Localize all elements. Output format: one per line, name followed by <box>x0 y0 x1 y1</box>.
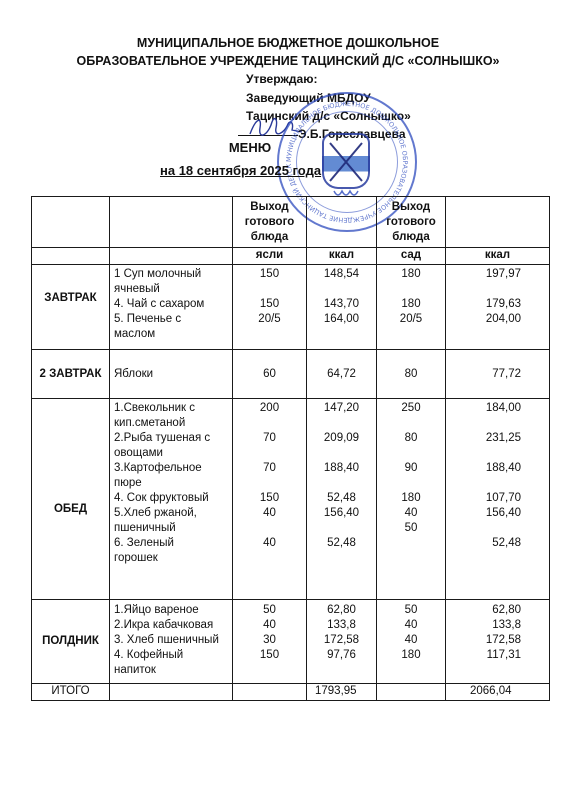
header-empty-dish <box>110 197 233 248</box>
garden-kcal: 77,72 <box>446 350 550 399</box>
value-line: 50 <box>381 521 441 536</box>
value-line: 77,72 <box>450 367 521 382</box>
dish-line: 5.Хлеб ржаной, <box>114 506 228 521</box>
dish-line: 5. Печенье с <box>114 312 228 327</box>
dish-line: 2.Рыба тушеная с <box>114 431 228 446</box>
value-line: 50 <box>381 603 441 618</box>
dish-line: 4. Кофейный <box>114 648 228 663</box>
value-line <box>237 663 302 678</box>
garden-kcal: 197,97179,63204,00 <box>446 265 550 350</box>
value-line: 62,80 <box>311 603 372 618</box>
value-line <box>381 663 441 678</box>
total-row: ИТОГО1793,952066,04 <box>32 684 550 701</box>
value-line: 60 <box>237 367 302 382</box>
value-line: 231,25 <box>450 431 521 446</box>
value-line <box>450 282 521 297</box>
value-line: 143,70 <box>311 297 372 312</box>
value-line <box>450 446 521 461</box>
meal-name: ОБЕД <box>32 399 110 600</box>
dish-line: Яблоки <box>114 367 228 382</box>
nursery-yield: 60 <box>233 350 307 399</box>
nursery-yield: 15015020/5 <box>233 265 307 350</box>
meal-row: ОБЕД1.Свекольник скип.сметаной2.Рыба туш… <box>32 399 550 600</box>
value-line <box>381 476 441 491</box>
value-line: 40 <box>237 536 302 551</box>
garden-yield: 25080901804050 <box>377 399 446 600</box>
value-line: 150 <box>237 297 302 312</box>
value-line: 80 <box>381 431 441 446</box>
value-line <box>381 282 441 297</box>
unit-nursery: ясли <box>233 248 307 265</box>
unit-empty-dish <box>110 248 233 265</box>
page-title: МЕНЮ <box>0 140 500 155</box>
value-line: 20/5 <box>381 312 441 327</box>
value-line <box>381 536 441 551</box>
value-line: 148,54 <box>311 267 372 282</box>
value-line: 40 <box>237 618 302 633</box>
value-line: 147,20 <box>311 401 372 416</box>
value-line: 150 <box>237 491 302 506</box>
value-line: 40 <box>381 633 441 648</box>
value-line <box>311 476 372 491</box>
value-line: 204,00 <box>450 312 521 327</box>
value-line <box>450 521 521 536</box>
value-line <box>450 327 521 342</box>
unit-garden: сад <box>377 248 446 265</box>
value-line <box>237 521 302 536</box>
nursery-kcal: 147,20209,09188,4052,48156,4052,48 <box>307 399 377 600</box>
value-line: 150 <box>237 267 302 282</box>
value-line <box>381 551 441 566</box>
value-line: 117,31 <box>450 648 521 663</box>
value-line: 97,76 <box>311 648 372 663</box>
meal-name: ЗАВТРАК <box>32 265 110 350</box>
total-label: ИТОГО <box>32 684 110 701</box>
value-line: 200 <box>237 401 302 416</box>
value-line <box>237 416 302 431</box>
dish-names: Яблоки <box>110 350 233 399</box>
garden-yield: 18018020/5 <box>377 265 446 350</box>
value-line <box>311 521 372 536</box>
meal-name: 2 ЗАВТРАК <box>32 350 110 399</box>
value-line: 40 <box>237 506 302 521</box>
nursery-yield: 504030150 <box>233 600 307 684</box>
value-line <box>450 416 521 431</box>
meal-row: ПОЛДНИК1.Яйцо вареное2.Икра кабачковая3.… <box>32 600 550 684</box>
dish-line: 4. Сок фруктовый <box>114 491 228 506</box>
value-line: 156,40 <box>311 506 372 521</box>
value-line: 20/5 <box>237 312 302 327</box>
value-line: 209,09 <box>311 431 372 446</box>
unit-nursery-kcal: ккал <box>307 248 377 265</box>
value-line: 30 <box>237 633 302 648</box>
nursery-kcal: 64,72 <box>307 350 377 399</box>
dish-line: 4. Чай с сахаром <box>114 297 228 312</box>
value-line: 156,40 <box>450 506 521 521</box>
value-line: 197,97 <box>450 267 521 282</box>
value-line: 188,40 <box>450 461 521 476</box>
total-empty-nursery <box>233 684 307 701</box>
dish-line: 6. Зеленый <box>114 536 228 551</box>
dish-line: пюре <box>114 476 228 491</box>
dish-line: кип.сметаной <box>114 416 228 431</box>
nursery-kcal: 148,54143,70164,00 <box>307 265 377 350</box>
dish-line: 1 Суп молочный <box>114 267 228 282</box>
value-line: 70 <box>237 461 302 476</box>
meal-row: ЗАВТРАК1 Суп молочныйячневый4. Чай с сах… <box>32 265 550 350</box>
total-empty-garden <box>377 684 446 701</box>
dish-line: 1.Яйцо вареное <box>114 603 228 618</box>
dish-line: овощами <box>114 446 228 461</box>
total-nursery-kcal: 1793,95 <box>307 684 377 701</box>
value-line: 62,80 <box>450 603 521 618</box>
dish-line: напиток <box>114 663 228 678</box>
value-line: 180 <box>381 297 441 312</box>
value-line: 40 <box>381 618 441 633</box>
garden-kcal: 62,80133,8172,58117,31 <box>446 600 550 684</box>
approval-label: Утверждаю: <box>246 72 317 86</box>
dish-line: горошек <box>114 551 228 566</box>
value-line: 64,72 <box>311 367 372 382</box>
header-empty-meal <box>32 197 110 248</box>
org-name-line1: МУНИЦИПАЛЬНОЕ БЮДЖЕТНОЕ ДОШКОЛЬНОЕ <box>0 36 576 50</box>
value-line: 180 <box>381 648 441 663</box>
value-line: 52,48 <box>311 536 372 551</box>
value-line <box>311 663 372 678</box>
value-line: 250 <box>381 401 441 416</box>
value-line <box>381 446 441 461</box>
dish-line: 3.Картофельное <box>114 461 228 476</box>
value-line: 40 <box>381 506 441 521</box>
nursery-yield: 20070701504040 <box>233 399 307 600</box>
org-name-line2: ОБРАЗОВАТЕЛЬНОЕ УЧРЕЖДЕНИЕ ТАЦИНСКИЙ Д/С… <box>0 54 576 68</box>
value-line: 90 <box>381 461 441 476</box>
meal-row: 2 ЗАВТРАКЯблоки6064,728077,72 <box>32 350 550 399</box>
dish-line: 1.Свекольник с <box>114 401 228 416</box>
garden-yield: 504040180 <box>377 600 446 684</box>
garden-kcal: 184,00231,25188,40107,70156,4052,48 <box>446 399 550 600</box>
value-line <box>450 551 521 566</box>
header-yield-garden: Выход готового блюда <box>377 197 446 248</box>
nursery-kcal: 62,80133,8172,5897,76 <box>307 600 377 684</box>
dish-line: 3. Хлеб пшеничный <box>114 633 228 648</box>
dish-names: 1.Яйцо вареное2.Икра кабачковая3. Хлеб п… <box>110 600 233 684</box>
unit-garden-kcal: ккал <box>446 248 550 265</box>
dish-names: 1 Суп молочныйячневый4. Чай с сахаром5. … <box>110 265 233 350</box>
unit-empty-meal <box>32 248 110 265</box>
value-line: 70 <box>237 431 302 446</box>
value-line <box>311 551 372 566</box>
value-line <box>381 327 441 342</box>
value-line <box>237 446 302 461</box>
value-line <box>381 416 441 431</box>
total-garden-kcal: 2066,04 <box>446 684 550 701</box>
value-line <box>311 416 372 431</box>
menu-table: Выход готового блюдаВыход готового блюда… <box>31 196 550 701</box>
value-line <box>237 282 302 297</box>
dish-line: ячневый <box>114 282 228 297</box>
value-line: 52,48 <box>311 491 372 506</box>
value-line <box>311 282 372 297</box>
total-empty-dish <box>110 684 233 701</box>
meal-name: ПОЛДНИК <box>32 600 110 684</box>
value-line: 107,70 <box>450 491 521 506</box>
dish-line: маслом <box>114 327 228 342</box>
value-line: 133,8 <box>311 618 372 633</box>
garden-yield: 80 <box>377 350 446 399</box>
value-line: 52,48 <box>450 536 521 551</box>
value-line: 164,00 <box>311 312 372 327</box>
value-line <box>237 476 302 491</box>
value-line: 80 <box>381 367 441 382</box>
value-line: 133,8 <box>450 618 521 633</box>
value-line <box>311 446 372 461</box>
value-line: 172,58 <box>311 633 372 648</box>
value-line: 50 <box>237 603 302 618</box>
value-line: 179,63 <box>450 297 521 312</box>
value-line <box>237 551 302 566</box>
value-line: 150 <box>237 648 302 663</box>
value-line: 180 <box>381 491 441 506</box>
value-line: 172,58 <box>450 633 521 648</box>
value-line: 180 <box>381 267 441 282</box>
dish-names: 1.Свекольник скип.сметаной2.Рыба тушеная… <box>110 399 233 600</box>
header-empty-kcal <box>307 197 377 248</box>
header-empty-kcal2 <box>446 197 550 248</box>
header-yield-nursery: Выход готового блюда <box>233 197 307 248</box>
value-line <box>450 476 521 491</box>
value-line <box>237 327 302 342</box>
value-line <box>450 663 521 678</box>
value-line <box>311 327 372 342</box>
menu-date: на 18 сентября 2025 года <box>160 163 321 178</box>
value-line: 184,00 <box>450 401 521 416</box>
value-line: 188,40 <box>311 461 372 476</box>
dish-line: пшеничный <box>114 521 228 536</box>
dish-line: 2.Икра кабачковая <box>114 618 228 633</box>
